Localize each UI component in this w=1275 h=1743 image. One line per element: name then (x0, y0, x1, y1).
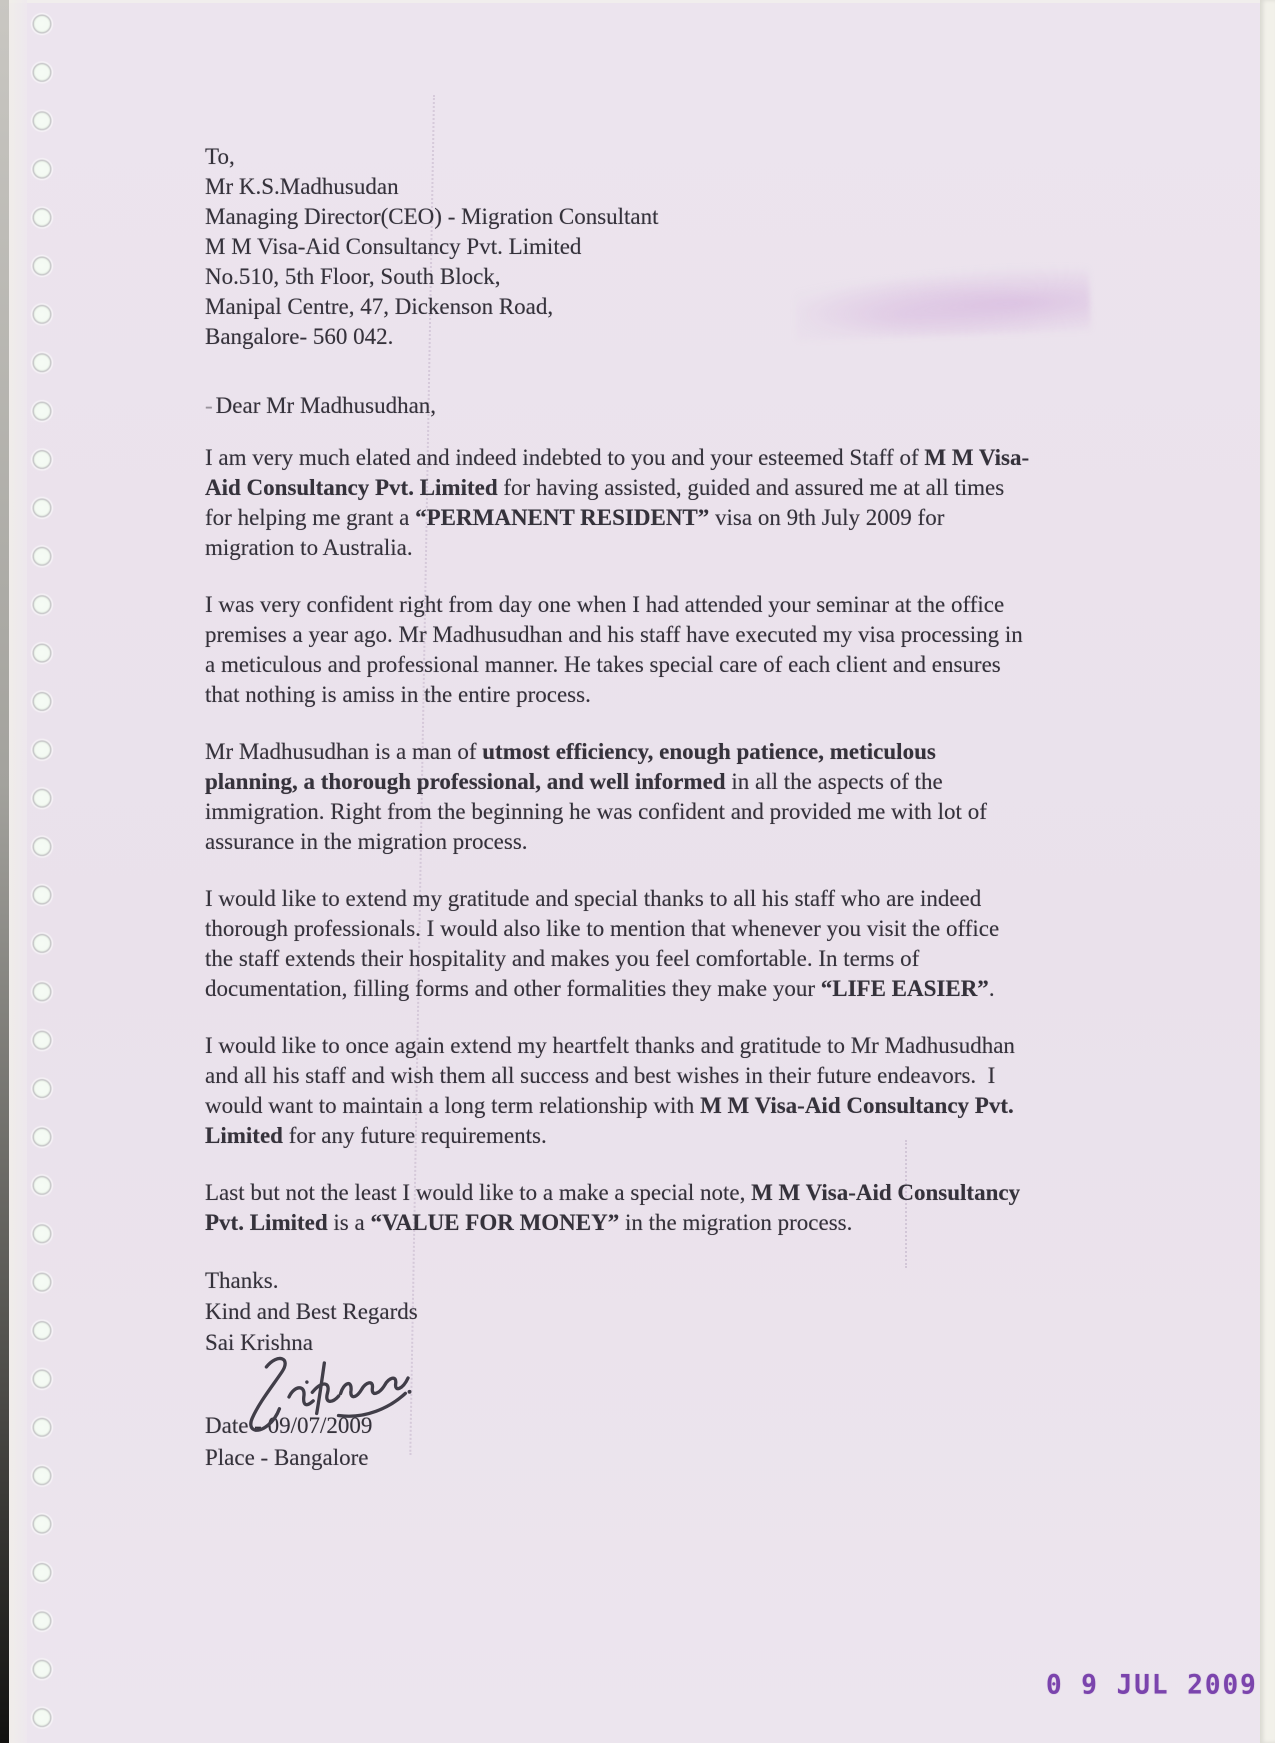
address-line: Bangalore- 560 042. (205, 322, 1215, 352)
text-run-bold: “VALUE FOR MONEY” (370, 1210, 619, 1235)
place-line: Place - Bangalore (205, 1442, 1215, 1474)
text-run: Mr Madhusudhan is a man of (205, 739, 482, 764)
address-line: Mr K.S.Madhusudan (205, 172, 1215, 202)
address-line: No.510, 5th Floor, South Block, (205, 262, 1215, 292)
recipient-address: To, Mr K.S.Madhusudan Managing Director(… (205, 142, 1215, 352)
paragraph-4: I would like to extend my gratitude and … (205, 884, 1215, 1004)
text-run: I am very much elated and indeed indebte… (205, 445, 924, 470)
signature-sai-krishna (227, 1358, 1215, 1410)
text-run-bold: “LIFE EASIER” (821, 976, 989, 1001)
paragraph-6: Last but not the least I would like to a… (205, 1178, 1215, 1238)
scan-artifact-dash: - (205, 393, 213, 418)
paragraph-5: I would like to once again extend my hea… (205, 1031, 1215, 1151)
text-run-bold: “PERMANENT RESIDENT” (415, 505, 709, 530)
address-line: To, (205, 142, 1215, 172)
salutation-text: Dear Mr Madhusudhan, (216, 393, 436, 418)
text-run: . (989, 976, 995, 1001)
address-line: Managing Director(CEO) - Migration Consu… (205, 202, 1215, 232)
text-run: is a (328, 1210, 371, 1235)
address-line: Manipal Centre, 47, Dickenson Road, (205, 292, 1215, 322)
address-line: M M Visa-Aid Consultancy Pvt. Limited (205, 232, 1215, 262)
paragraph-2: I was very confident right from day one … (205, 590, 1215, 710)
text-run: Last but not the least I would like to a… (205, 1180, 751, 1205)
paragraph-1: I am very much elated and indeed indebte… (205, 443, 1215, 563)
scanned-letter-page: To, Mr K.S.Madhusudan Managing Director(… (0, 0, 1275, 1743)
closing-line: Thanks. (205, 1265, 1215, 1296)
closing-line: Kind and Best Regards (205, 1296, 1215, 1327)
text-run: I was very confident right from day one … (205, 592, 1023, 707)
paragraph-3: Mr Madhusudhan is a man of utmost effici… (205, 737, 1215, 857)
text-run: for any future requirements. (283, 1123, 547, 1148)
text-run: in the migration process. (619, 1210, 852, 1235)
received-date-stamp: 0 9 JUL 2009 (1046, 1669, 1258, 1700)
salutation: -Dear Mr Madhusudhan, (205, 391, 1215, 421)
letter-content: To, Mr K.S.Madhusudan Managing Director(… (0, 0, 1275, 1474)
